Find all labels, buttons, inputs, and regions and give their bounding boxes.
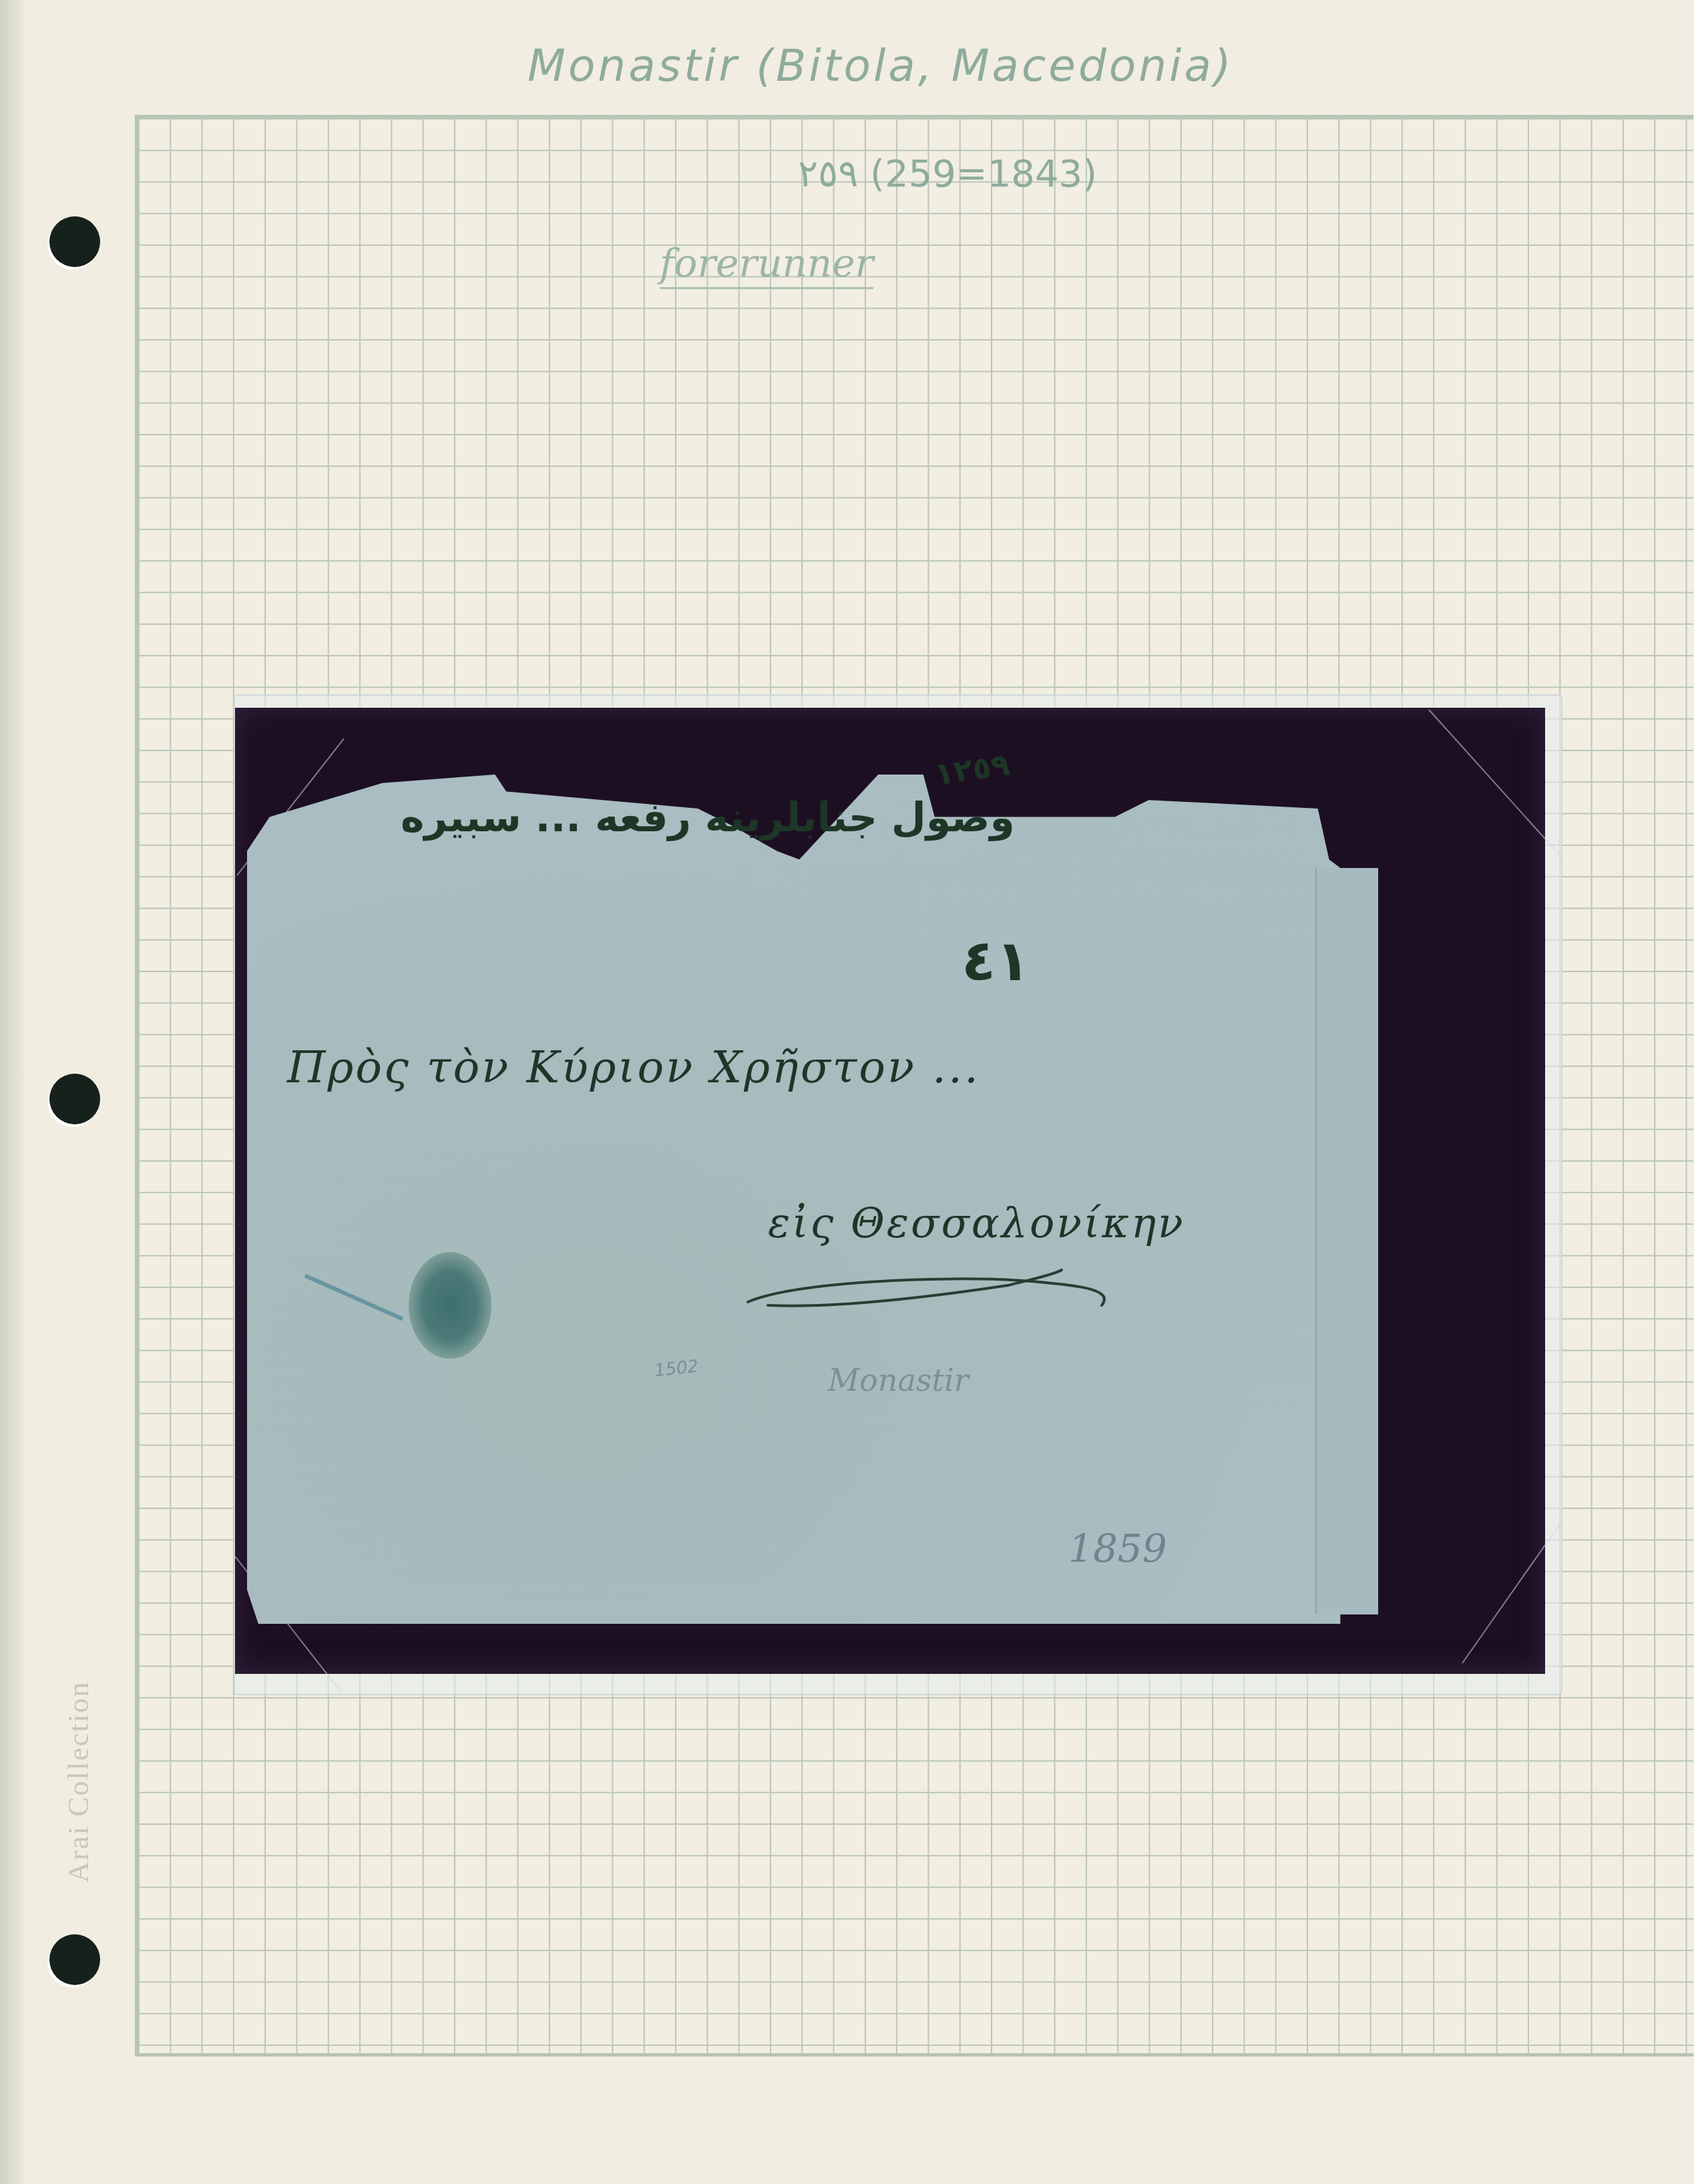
collection-watermark: Arai Collection bbox=[61, 1681, 95, 1884]
classification-note: forerunner bbox=[660, 240, 873, 289]
punch-hole-middle bbox=[49, 1074, 100, 1124]
signature-flourish bbox=[741, 1269, 1115, 1315]
greek-address-line: Πρὸς τὸν Κύριον Χρῆστον ... bbox=[287, 1042, 980, 1093]
arabic-rate-mark: ٤١ bbox=[962, 928, 1030, 994]
date-annotation: ٢٥٩ (259=1843) bbox=[798, 152, 1097, 196]
punch-hole-top bbox=[49, 216, 100, 267]
page-title: Monastir (Bitola, Macedonia) bbox=[527, 40, 1234, 91]
punch-hole-bottom bbox=[49, 1934, 100, 1985]
seal-handstamp bbox=[409, 1252, 491, 1359]
pencil-year: 1859 bbox=[1068, 1526, 1167, 1571]
page-edge bbox=[0, 0, 24, 2184]
arabic-header-inscription: وصول جنابلرينه رفعه ... سبيره bbox=[401, 795, 1015, 841]
greek-destination: εἰς Θεσσαλονίκην bbox=[768, 1198, 1185, 1247]
cover-flap bbox=[1315, 868, 1378, 1614]
pencil-town-name: Monastir bbox=[828, 1362, 969, 1398]
